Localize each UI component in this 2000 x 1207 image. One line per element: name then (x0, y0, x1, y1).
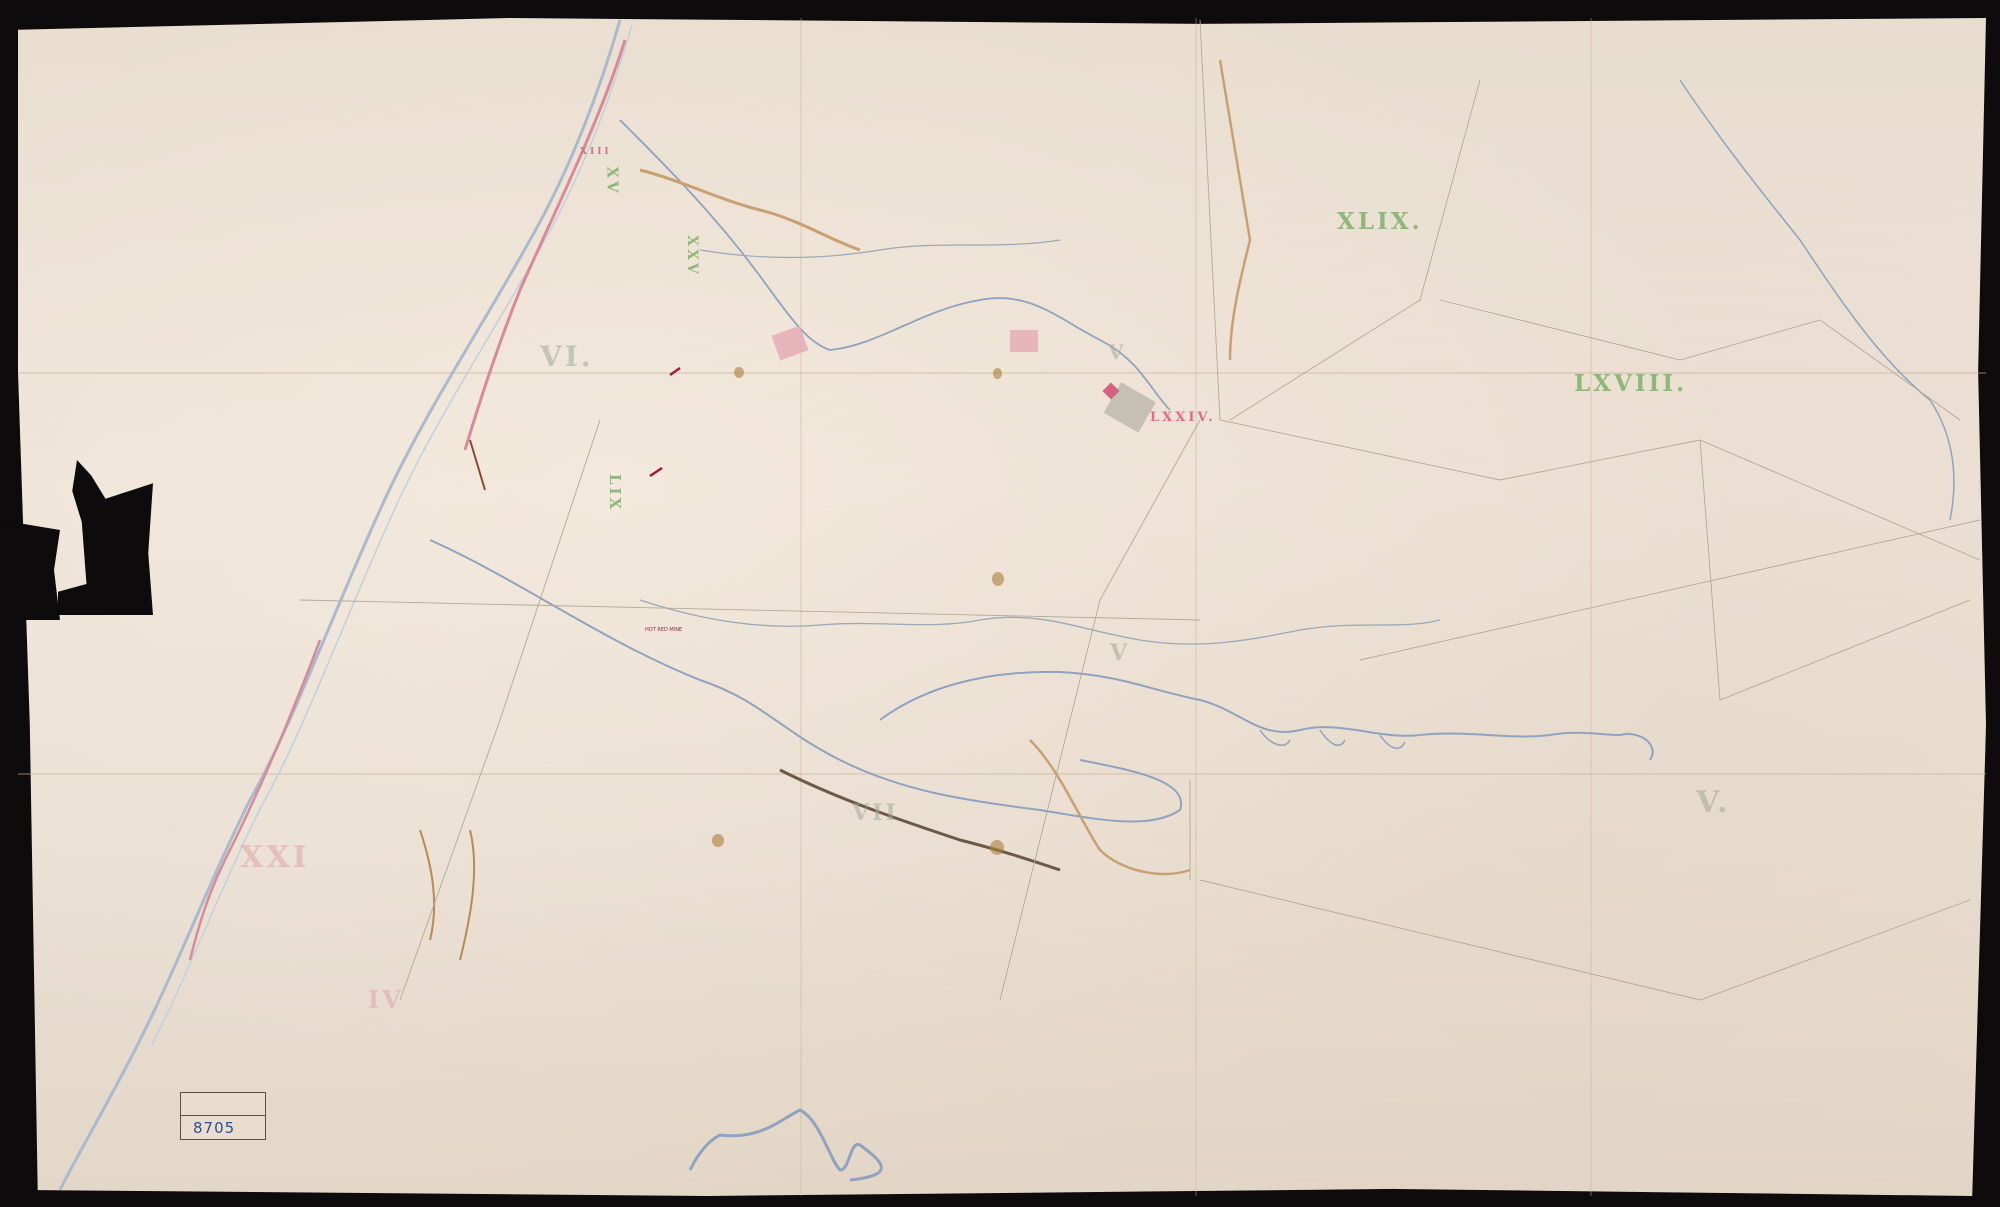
water-stain (993, 368, 1002, 379)
district-label-v-right: V. (1696, 785, 1730, 820)
stamp-divider (181, 1115, 265, 1116)
river-middle (640, 600, 1440, 644)
district-label-v-center: V (1110, 640, 1130, 666)
district-label-lix: LIX (606, 474, 624, 512)
district-label-v-upper: V (1108, 340, 1127, 364)
water-stain (734, 367, 744, 378)
district-label-xxi: XXI (240, 840, 310, 875)
stamp-number: 8705 (193, 1119, 235, 1137)
district-label-lxxiv: LXXIV. (1150, 410, 1216, 425)
river-main (430, 540, 1181, 822)
district-label-lxviii: LXVIII. (1574, 370, 1687, 397)
coastal-road (465, 40, 625, 450)
water-stain (990, 840, 1004, 855)
district-label-iv: IV (368, 985, 404, 1014)
archive-stamp: 8705 (180, 1092, 266, 1140)
river-upper (620, 120, 1170, 410)
map-linework (0, 0, 2000, 1207)
district-label-xlix: XLIX. (1337, 208, 1423, 235)
place-label-mine: HOT RED MINE (645, 627, 682, 633)
district-label-vii: VII (852, 800, 899, 826)
water-stain (712, 834, 724, 847)
district-label-vi: VI. (540, 340, 594, 373)
river-far-east (1680, 80, 1954, 520)
terrain-ridge (640, 170, 860, 250)
district-label-xv: XV (604, 166, 622, 195)
railway (780, 770, 1060, 870)
river-south (690, 1110, 881, 1180)
district-label-xxv: XXV (684, 235, 700, 277)
district-label-xiii: XIII (580, 147, 612, 157)
water-stain (992, 572, 1004, 586)
river-east (880, 672, 1653, 760)
